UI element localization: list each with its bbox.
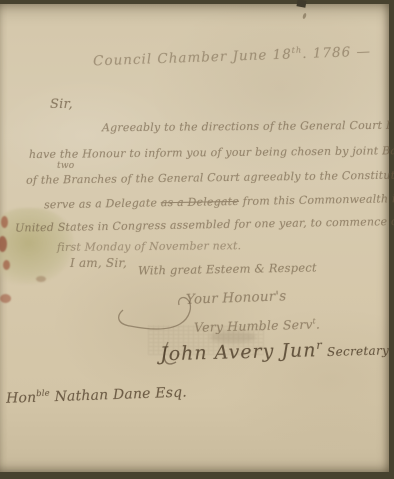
dateline-ordinal: th xyxy=(292,45,303,55)
signature-title: Secretary xyxy=(323,343,390,359)
body-line-5: United States in Congress assembled for … xyxy=(15,214,394,234)
closing-line-4: Very Humble Servt. xyxy=(194,316,320,334)
struck-out-words: as a Delegate xyxy=(161,195,239,209)
addressee-honorific: Hon xyxy=(6,390,37,407)
letter-scan: Council Chamber June 18th. 1786 — Sir, A… xyxy=(0,0,394,479)
dateline-text: Council Chamber June 18 xyxy=(93,46,292,69)
dateline-year: . 1786 — xyxy=(302,44,371,62)
body-line-4: serve as a Delegate as a Delegate from t… xyxy=(44,192,394,212)
body-line-4-post: from this Commonwealth in the xyxy=(239,192,394,208)
body-line-6: first Monday of November next. xyxy=(57,239,241,254)
addressee: Honble Nathan Dane Esq. xyxy=(6,383,187,407)
signature-name: John Avery Jun xyxy=(160,339,317,365)
closing-line-4-post: . xyxy=(316,317,321,332)
addressee-name: Nathan Dane Esq. xyxy=(50,385,188,406)
closing-line-2: With great Esteem & Respect xyxy=(138,260,317,277)
body-line-3: of the Branches of the General Court agr… xyxy=(26,168,394,187)
dateline: Council Chamber June 18th. 1786 — xyxy=(93,42,371,69)
body-line-2: have the Honour to inform you of your be… xyxy=(29,144,394,161)
addressee-honorific-sup: ble xyxy=(36,388,50,398)
body-line-1: Agreeably to the directions of the Gener… xyxy=(102,119,391,135)
signature: John Avery Junr Secretary xyxy=(160,336,390,365)
handwriting-layer: Council Chamber June 18th. 1786 — Sir, A… xyxy=(0,0,394,479)
salutation: Sir, xyxy=(50,97,73,112)
body-line-4-pre: serve as a Delegate xyxy=(44,196,161,211)
inserted-word: two xyxy=(57,161,74,171)
closing-line-4-pre: Very Humble Serv xyxy=(194,317,313,335)
closing-line-3: Your Honour's xyxy=(186,288,287,307)
closing-line-1: I am, Sir, xyxy=(70,256,127,270)
